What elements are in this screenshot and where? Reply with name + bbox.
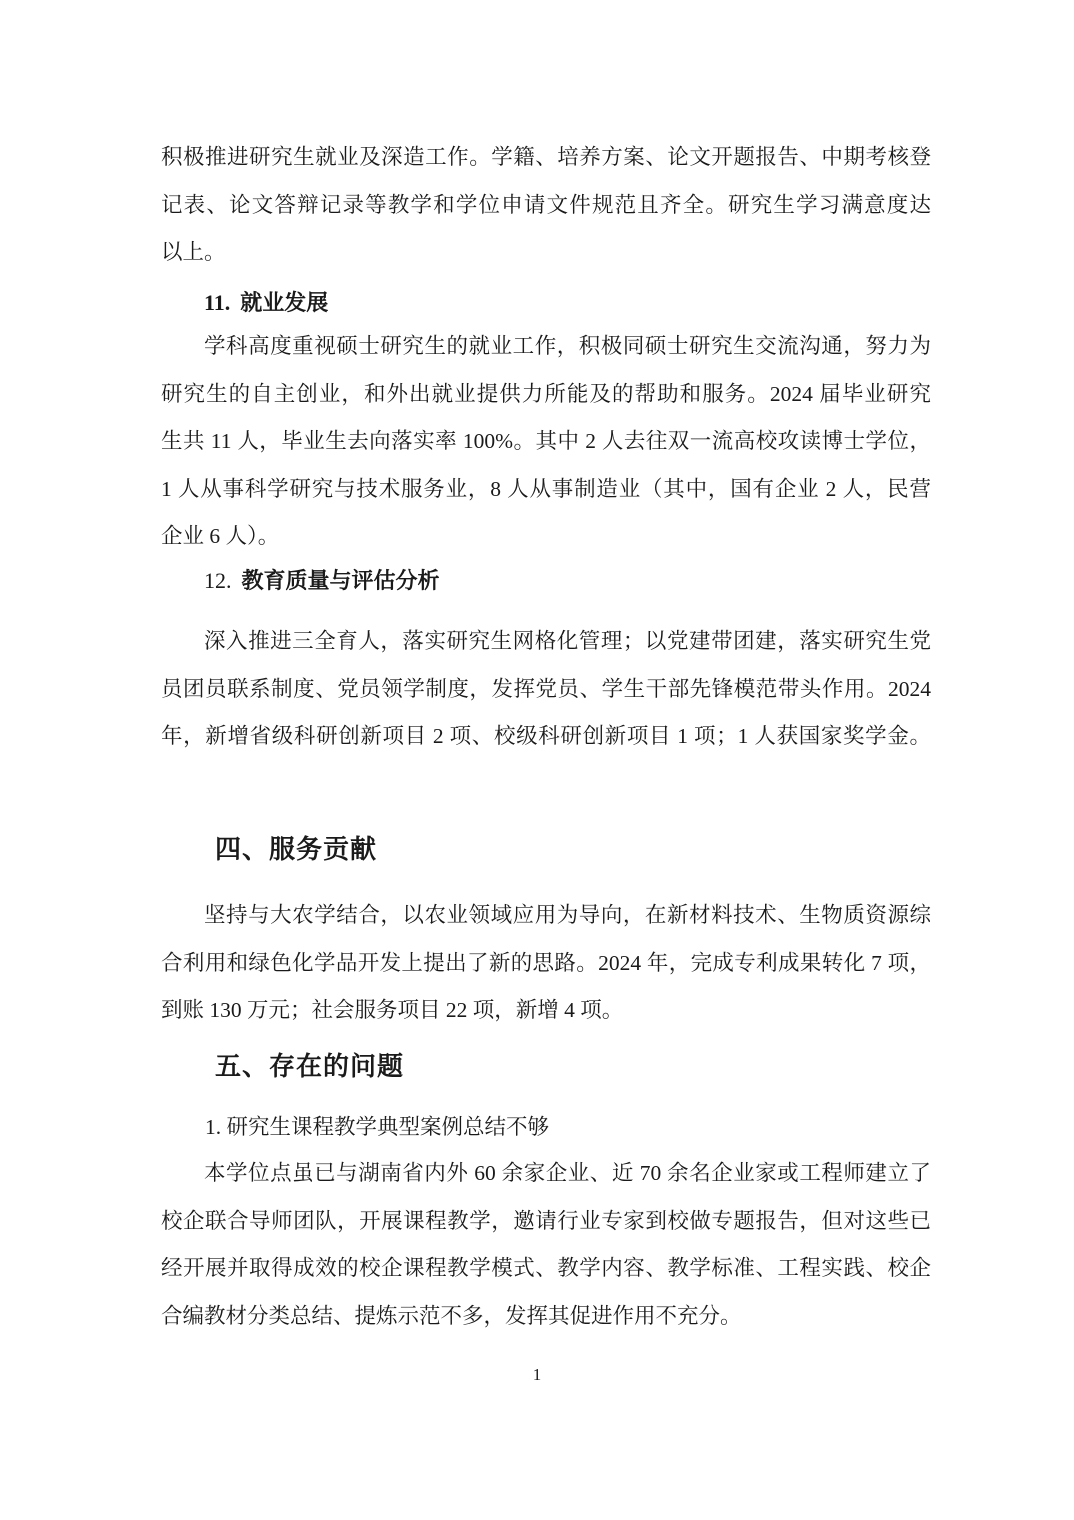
heading-11-employment: 11.就业发展 [204,279,328,327]
section-heading-existing-problems: 五、存在的问题 [215,1043,404,1091]
paragraph-line: 年，新增省级科研创新项目 2 项、校级科研创新项目 1 项；1 人获国家奖学金。 [161,713,931,761]
paragraph-issue-detail: 本学位点虽已与湖南省内外 60 余家企业、近 70 余名企业家或工程师建立了 校… [161,1150,931,1340]
paragraph-line: 校企联合导师团队，开展课程教学，邀请行业专家到校做专题报告，但对这些已 [161,1198,931,1246]
section-heading-service-contribution: 四、服务贡献 [215,826,377,874]
heading-number: 12. [204,568,232,593]
paragraph-line: 坚持与大农学结合，以农业领域应用为导向，在新材料技术、生物质资源综 [161,892,931,940]
paragraph-line: 积极推进研究生就业及深造工作。学籍、培养方案、论文开题报告、中期考核登 [161,134,931,182]
heading-number: 11. [204,290,230,315]
paragraph-line: 经开展并取得成效的校企课程教学模式、教学内容、教学标准、工程实践、校企 [161,1245,931,1293]
heading-12-quality-evaluation: 12.教育质量与评估分析 [204,557,440,605]
paragraph-admin-files: 积极推进研究生就业及深造工作。学籍、培养方案、论文开题报告、中期考核登 记表、论… [161,134,931,277]
heading-title: 教育质量与评估分析 [242,568,440,593]
paragraph-quality-evaluation: 深入推进三全育人，落实研究生网格化管理；以党建带团建，落实研究生党 员团员联系制… [161,618,931,761]
paragraph-employment: 学科高度重视硕士研究生的就业工作，积极同硕士研究生交流沟通，努力为 研究生的自主… [161,323,931,561]
paragraph-line: 深入推进三全育人，落实研究生网格化管理；以党建带团建，落实研究生党 [161,618,931,666]
paragraph-line: 企业 6 人）。 [161,513,931,561]
issue-item-title: 1. 研究生课程教学典型案例总结不够 [205,1104,549,1152]
page-number: 1 [0,1363,1074,1387]
paragraph-line: 生共 11 人，毕业生去向落实率 100%。其中 2 人去往双一流高校攻读博士学… [161,418,931,466]
paragraph-service-contribution: 坚持与大农学结合，以农业领域应用为导向，在新材料技术、生物质资源综 合利用和绿色… [161,892,931,1035]
paragraph-line: 到账 130 万元；社会服务项目 22 项，新增 4 项。 [161,987,931,1035]
paragraph-line: 合利用和绿色化学品开发上提出了新的思路。2024 年，完成专利成果转化 7 项， [161,940,931,988]
paragraph-line: 本学位点虽已与湖南省内外 60 余家企业、近 70 余名企业家或工程师建立了 [161,1150,931,1198]
paragraph-line: 研究生的自主创业，和外出就业提供力所能及的帮助和服务。2024 届毕业研究 [161,371,931,419]
paragraph-line: 记表、论文答辩记录等教学和学位申请文件规范且齐全。研究生学习满意度达 90% [161,182,931,230]
document-page: 积极推进研究生就业及深造工作。学籍、培养方案、论文开题报告、中期考核登 记表、论… [0,0,1074,1520]
paragraph-line: 学科高度重视硕士研究生的就业工作，积极同硕士研究生交流沟通，努力为 [161,323,931,371]
paragraph-line: 合编教材分类总结、提炼示范不多，发挥其促进作用不充分。 [161,1293,931,1341]
heading-title: 就业发展 [240,290,328,315]
paragraph-line: 1 人从事科学研究与技术服务业，8 人从事制造业（其中，国有企业 2 人，民营 [161,466,931,514]
paragraph-line: 员团员联系制度、党员领学制度，发挥党员、学生干部先锋模范带头作用。2024 [161,666,931,714]
paragraph-line: 以上。 [161,229,931,277]
